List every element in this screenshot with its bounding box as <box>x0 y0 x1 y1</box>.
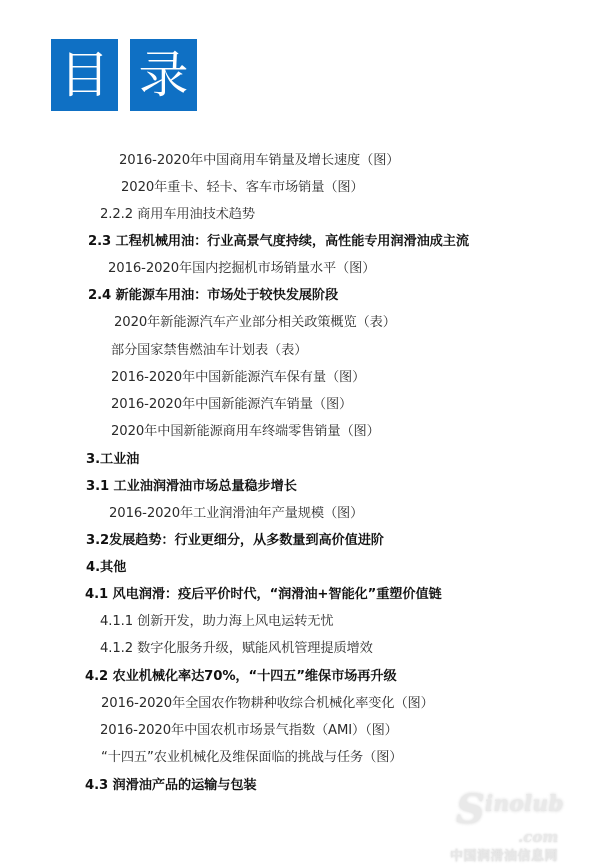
toc-entry-table[interactable]: 部分国家禁售燃油车计划表（表） <box>111 341 307 361</box>
toc-entry-figure[interactable]: 2016-2020年中国新能源汽车销量（图） <box>111 395 352 415</box>
watermark-logo: Sinolub .com 中国润滑油信息网 <box>448 790 598 860</box>
toc-entry-figure[interactable]: 2016-2020年中国农机市场景气指数（AMI）（图） <box>100 721 398 741</box>
site-name: 中国润滑油信息网 <box>450 845 558 864</box>
toc-entry-subsection[interactable]: 4.1.1 创新开发，助力海上风电运转无忧 <box>100 612 333 632</box>
toc-entry-subsection[interactable]: 2.2.2 商用车用油技术趋势 <box>100 205 255 225</box>
toc-entry-section[interactable]: 3.1 工业油润滑油市场总量稳步增长 <box>86 477 297 497</box>
title-char-box: 录 <box>130 39 197 111</box>
toc-entry-subsection[interactable]: 4.1.2 数字化服务升级，赋能风机管理提质增效 <box>100 639 373 659</box>
toc-entry-figure[interactable]: “十四五”农业机械化及维保面临的挑战与任务（图） <box>101 748 402 768</box>
toc-entry-chapter[interactable]: 4.其他 <box>86 558 126 578</box>
toc-entry-section[interactable]: 4.3 润滑油产品的运输与包装 <box>85 776 257 796</box>
toc-entry-section[interactable]: 4.1 风电润滑：疫后平价时代，“润滑油+智能化”重塑价值链 <box>85 585 442 605</box>
toc-entry-section[interactable]: 3.2发展趋势：行业更细分，从多数量到高价值进阶 <box>86 531 384 551</box>
logo-rest: inolub <box>485 791 564 817</box>
toc-entry-section[interactable]: 4.2 农业机械化率达70%，“十四五”维保市场再升级 <box>85 667 397 687</box>
toc-entry-figure[interactable]: 2016-2020年中国商用车销量及增长速度（图） <box>119 151 399 171</box>
logo-initial: S <box>456 786 485 833</box>
sinolub-logo-text: Sinolub <box>456 790 564 830</box>
logo-domain: .com <box>518 828 558 846</box>
toc-entry-table[interactable]: 2020年新能源汽车产业部分相关政策概览（表） <box>114 313 396 333</box>
title-char-box: 目 <box>51 39 118 111</box>
toc-entry-figure[interactable]: 2016-2020年全国农作物耕种收综合机械化率变化（图） <box>101 694 434 714</box>
toc-entry-figure[interactable]: 2016-2020年中国新能源汽车保有量（图） <box>111 368 365 388</box>
toc-entry-figure[interactable]: 2020年重卡、轻卡、客车市场销量（图） <box>121 178 364 198</box>
toc-entry-figure[interactable]: 2016-2020年国内挖掘机市场销量水平（图） <box>108 259 375 279</box>
toc-entry-figure[interactable]: 2020年中国新能源商用车终端零售销量（图） <box>111 422 380 442</box>
toc-entry-figure[interactable]: 2016-2020年工业润滑油年产量规模（图） <box>109 504 363 524</box>
toc-entry-section[interactable]: 2.3 工程机械用油：行业高景气度持续，高性能专用润滑油成主流 <box>88 232 469 252</box>
toc-entry-chapter[interactable]: 3.工业油 <box>86 450 139 470</box>
toc-entry-section[interactable]: 2.4 新能源车用油：市场处于较快发展阶段 <box>88 286 338 306</box>
